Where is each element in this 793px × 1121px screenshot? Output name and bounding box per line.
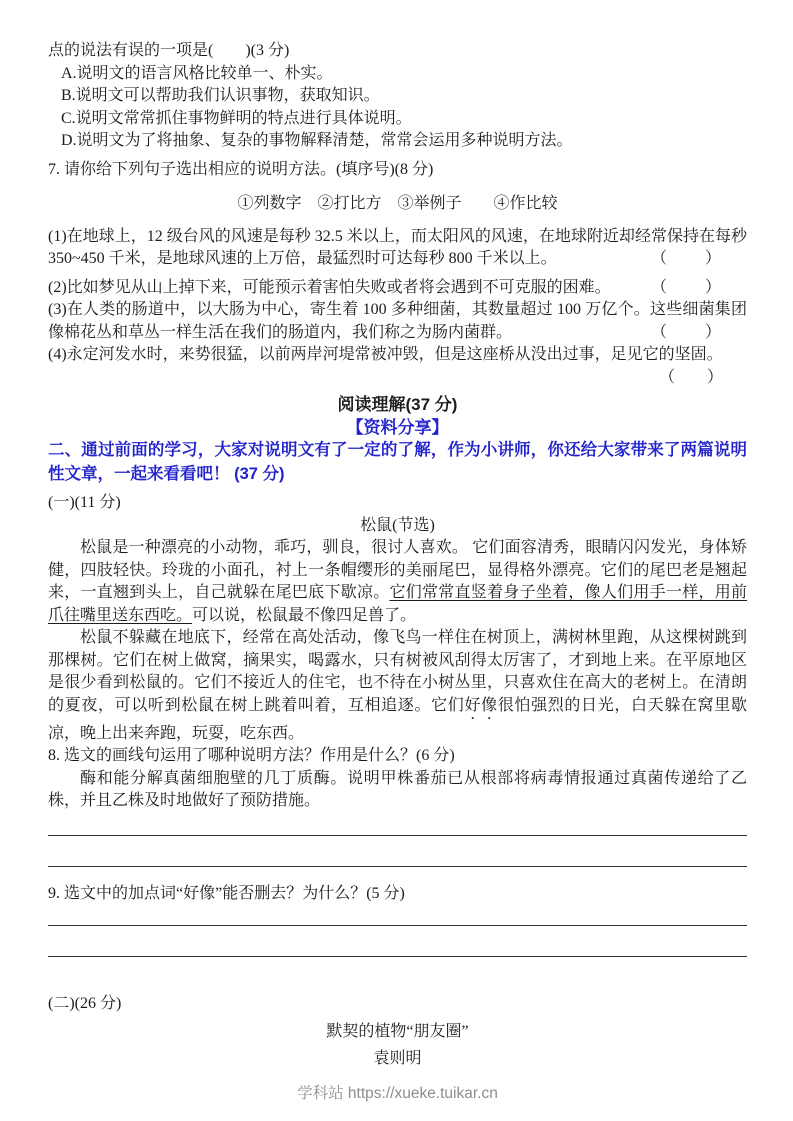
material-share-tag: 【资料分享】	[48, 416, 747, 439]
question-6-option-a: A.说明文的语言风格比较单一、朴实。	[48, 63, 747, 86]
passage-1-label: (一)(11 分)	[48, 492, 747, 515]
answer-line	[48, 956, 747, 957]
question-8-answer-text: 酶和能分解真菌细胞壁的几丁质酶。说明甲株番茄已从根部将病毒情报通过真菌传递给了乙…	[48, 768, 747, 813]
question-6-option-c: C.说明文常常抓住事物鲜明的特点进行具体说明。	[48, 108, 747, 131]
question-7-item-1-text: (1)在地球上，12 级台风的风速是每秒 32.5 米以上，而太阳风的风速，在地…	[48, 228, 747, 268]
answer-line	[48, 835, 747, 836]
question-7-stem: 7. 请你给下列句子选出相应的说明方法。(填序号)(8 分)	[48, 159, 747, 182]
site-watermark: 学科站 https://xueke.tuikar.cn	[48, 1083, 747, 1105]
passage-1-paragraph-1: 松鼠是一种漂亮的小动物，乖巧，驯良，很讨人喜欢。 它们面容清秀，眼睛闪闪发光，身…	[48, 537, 747, 627]
question-7-item-2-text: (2)比如梦见从山上掉下来，可能预示着害怕失败或者将会遇到不可克服的困难。	[48, 279, 611, 296]
question-6-stem: 点的说法有误的一项是( )(3 分)	[48, 40, 747, 63]
answer-blank-parens: （ ）	[651, 248, 723, 271]
passage-1-paragraph-2: 松鼠不躲藏在地底下，经常在高处活动，像飞鸟一样住在树顶上，满树林里跑，从这棵树跳…	[48, 627, 747, 745]
answer-blank-parens: （ ）	[651, 277, 723, 300]
answer-line	[48, 866, 747, 867]
passage-2-label: (二)(26 分)	[48, 993, 747, 1016]
emphasized-word: 好像	[464, 697, 497, 714]
answer-line	[48, 925, 747, 926]
question-7-item-3-text: (3)在人类的肠道中，以大肠为中心，寄生着 100 多种细菌，其数量超过 100…	[48, 301, 747, 341]
question-6-option-b: B.说明文可以帮助我们认识事物，获取知识。	[48, 85, 747, 108]
exam-paper-page: 点的说法有误的一项是( )(3 分) A.说明文的语言风格比较单一、朴实。 B.…	[0, 0, 793, 1121]
question-7-item-1: (1)在地球上，12 级台风的风速是每秒 32.5 米以上，而太阳风的风速，在地…	[48, 226, 747, 271]
question-7-item-3: (3)在人类的肠道中，以大肠为中心，寄生着 100 多种细菌，其数量超过 100…	[48, 299, 747, 344]
reading-section-title: 阅读理解(37 分)	[48, 393, 747, 416]
paragraph-1-text-end: 可以说，松鼠最不像四足兽了。	[192, 607, 416, 624]
reading-section-intro: 二、通过前面的学习，大家对说明文有了一定的了解，作为小讲师，你还给大家带来了两篇…	[48, 439, 747, 486]
passage-2-title: 默契的植物“朋友圈”	[48, 1021, 747, 1044]
question-6-option-d: D.说明文为了将抽象、复杂的事物解释清楚，常常会运用多种说明方法。	[48, 130, 747, 153]
question-8-stem: 8. 选文的画线句运用了哪种说明方法？作用是什么？(6 分)	[48, 745, 747, 768]
question-9-stem: 9. 选文中的加点词“好像”能否删去？为什么？(5 分)	[48, 883, 747, 906]
answer-blank-parens: （ ）	[651, 322, 723, 345]
passage-2-author: 袁则明	[48, 1048, 747, 1071]
question-7-item-2: (2)比如梦见从山上掉下来，可能预示着害怕失败或者将会遇到不可克服的困难。 （ …	[48, 277, 747, 300]
question-7-item-4: (4)永定河发水时，来势很猛，以前两岸河堤常被冲毁，但是这座桥从没出过事，足见它…	[48, 344, 747, 389]
question-7-method-options: ①列数字 ②打比方 ③举例子 ④作比较	[48, 193, 747, 216]
question-7-item-4-text: (4)永定河发水时，来势很猛，以前两岸河堤常被冲毁，但是这座桥从没出过事，足见它…	[48, 344, 747, 367]
answer-blank-parens: （ ）	[48, 367, 747, 390]
passage-1-title: 松鼠(节选)	[48, 515, 747, 538]
